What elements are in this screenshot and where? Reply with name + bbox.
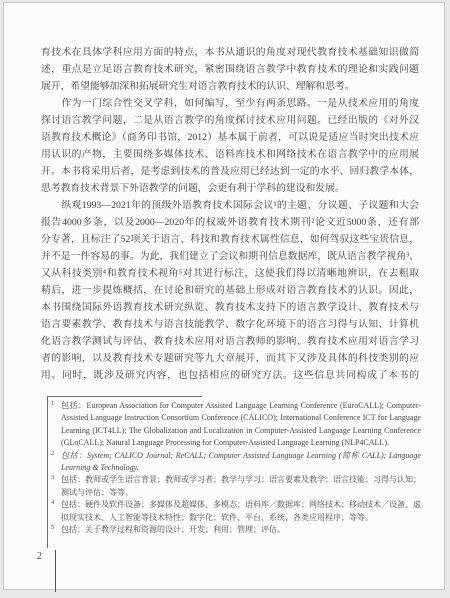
footnote: 2包括：System; CALICO Journal; ReCALL; Comp…: [47, 450, 421, 475]
body-line: 展开，希望能够加深和拓展研究生对语言教育技术的认识、理解和思考。: [41, 78, 419, 95]
body-line: 又从科技类别⁴和教育技术视角⁵对其进行标注，这使我们得以清晰地辨识，在去粗取: [41, 265, 419, 282]
footnote: 1包括：European Association for Computer As…: [47, 400, 421, 450]
body-line: 语言要素教学、教育技术与语言技能教学、数字化环境下的语言习得与认知、计算机: [41, 316, 419, 333]
footnote-text: 包括：System; CALICO Journal; ReCALL; Compu…: [61, 451, 421, 472]
footnote: 5包括：关于教学过程和资源的设计；开发；利用；管理；评估。: [47, 524, 421, 536]
document-page: 育技术在具体学科应用方面的特点，本书从通识的角度对现代教育技术基础知识做简述，重…: [3, 2, 445, 590]
body-line: 育技术在具体学科应用方面的特点，本书从通识的角度对现代教育技术基础知识做简: [41, 44, 419, 61]
footnote: 3包括：教师或学生语言背景；教师或学习者；教学与学习；语言要素及教学；语言技能；…: [47, 474, 421, 499]
body-line: 化语言教学测试与评估、教育技术应用对语言教师的影响、教育技术应用对语言学习: [41, 333, 419, 350]
body-line: 用。同时，既涉及研究内容，也包括相应的研究方法。这些信息共同构成了本书的: [41, 367, 419, 384]
body-line: 本书围绕国际外语教育技术研究纵览、教育技术支持下的语言教学设计、教育技术与: [41, 299, 419, 316]
footnote-marker: 1: [51, 401, 54, 408]
body-line: 并不是一件容易的事。为此，我们建立了会议和期刊信息数据库，既从语言教学视角³、: [41, 248, 419, 265]
footnote: 4包括：硬件及软件设备；多媒体及超媒体、多模态；语料库／数据库；网络技术；移动技…: [47, 499, 421, 524]
footnote-text: 包括：关于教学过程和资源的设计；开发；利用；管理；评估。: [61, 525, 285, 534]
body-line: 开。本书将采用后者，是考虑到技术的普及应用已经达到一定的水平、回归教学本体，: [41, 163, 419, 180]
page-number-rule: [55, 550, 56, 592]
footnote-separator-rule: [47, 396, 202, 397]
body-line: 分专著，且标注了52项关于语言、科技和教育技术属性信息，如何驾驭这些宝贵信息，: [41, 231, 419, 248]
footnote-marker: 2: [51, 451, 54, 458]
footnote-marker: 5: [51, 525, 54, 532]
footnote-block: 1包括：European Association for Computer As…: [47, 396, 421, 536]
body-line: 报告4000多条，以及2000—2020年的权威外语教育技术期刊²论文近5000…: [41, 214, 419, 231]
body-line: 述，重点是立足语言教育技术研究，紧密围绕语言教学中教育技术的理论和实践问题: [41, 61, 419, 78]
body-line: 精后，进一步提炼概括，在讨论和研究的基础上形成对语言教育技术的认识。因此，: [41, 282, 419, 299]
body-text: 育技术在具体学科应用方面的特点，本书从通识的角度对现代教育技术基础知识做简述，重…: [41, 44, 419, 384]
footnotes-list: 1包括：European Association for Computer As…: [47, 396, 421, 536]
footnote-text: 包括：European Association for Computer Ass…: [61, 401, 421, 447]
body-line: 作为一门综合性交叉学科，如何编写，至少有两条思路。一是从技术应用的角度: [41, 95, 419, 112]
page-number: 2: [37, 551, 42, 562]
footnote-text: 包括：硬件及软件设备；多媒体及超媒体、多模态；语料库／数据库；网络技术；移动技术…: [61, 500, 421, 521]
body-line: 语教育技术概论》（商务印书馆，2012）基本属于前者，可以说是适应当时突出技术应: [41, 129, 419, 146]
footnote-marker: 4: [51, 500, 54, 507]
body-line: 探讨语言教学问题，二是从语言教学的角度探讨技术应用问题。已经出版的《对外汉: [41, 112, 419, 129]
body-line: 者的影响，以及教育技术专题研究等九大章展开，而其下又涉及具体的科技类别的应: [41, 350, 419, 367]
footnote-marker: 3: [51, 475, 54, 482]
body-line: 纵观1993—2021年的顶级外语教育技术国际会议¹的主题、分议题、子议题和大会: [41, 197, 419, 214]
body-line: 用认识的产物，主要围绕多媒体技术、语料库技术和网络技术在语言教学中的应用展: [41, 146, 419, 163]
body-line: 思考教育技术背景下外语教学的问题，会更有利于学科的建设和发展。: [41, 180, 419, 197]
footnote-text: 包括：教师或学生语言背景；教师或学习者；教学与学习；语言要素及教学；语言技能；习…: [61, 475, 421, 496]
